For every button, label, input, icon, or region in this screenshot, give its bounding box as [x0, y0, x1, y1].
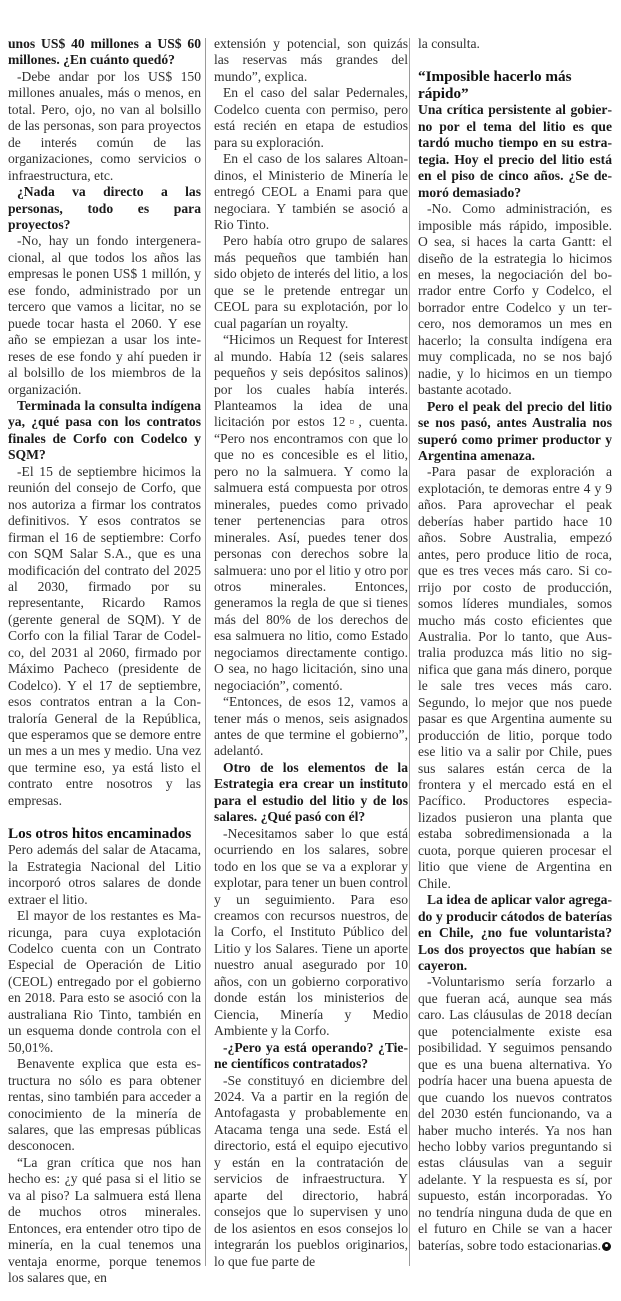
interview-answer: -Voluntarismo sería forzarlo a que fuera… [418, 974, 612, 1254]
interview-question: ¿Nada va directo a las personas, todo es… [8, 184, 201, 233]
body-paragraph: “Hicimos un Request for Inte­rest al mun… [214, 332, 408, 694]
column-divider [205, 38, 206, 1266]
body-paragraph: extensión y potencial, son qui­zás las r… [214, 36, 408, 85]
interview-answer: -Debe andar por los US$ 150 millones anu… [8, 69, 201, 184]
interview-question: Pero el peak del precio del litio se nos… [418, 399, 612, 465]
interview-answer: -El 15 de septiembre hicimos la reunión … [8, 464, 201, 810]
article-end-mark-icon [602, 1242, 611, 1251]
body-paragraph: Pero además del salar de Ataca­ma, la Es… [8, 842, 201, 908]
interview-answer: -No. Como administración, es imposible m… [418, 201, 612, 398]
column-3: la consulta. “Imposible hacerlo más rápi… [418, 36, 612, 1254]
section-subheading: Los otros hitos encaminados [8, 825, 201, 842]
body-paragraph: Benavente explica que esta es­tructura n… [8, 1056, 201, 1155]
interview-question: La idea de aplicar valor agrega­do y pro… [418, 892, 612, 974]
column-1: unos US$ 40 millones a US$ 60 millones. … [8, 36, 201, 1287]
section-spacer [418, 52, 612, 68]
final-answer-text: -Voluntarismo sería forzarlo a que fuera… [418, 974, 612, 1252]
interview-question: Terminada la consulta indígena ya, ¿qué … [8, 398, 201, 464]
column-divider [409, 38, 410, 1266]
body-paragraph: En el caso del salar Pedernales, Codelco… [214, 85, 408, 151]
body-paragraph: Pero había otro grupo de salares más peq… [214, 233, 408, 332]
interview-question: unos US$ 40 millones a US$ 60 millones. … [8, 36, 201, 69]
interview-answer: -Necesitamos saber lo que está ocurriend… [214, 826, 408, 1040]
body-paragraph: la consulta. [418, 36, 612, 52]
column-2: extensión y potencial, son qui­zás las r… [214, 36, 408, 1270]
interview-question: Otro de los elementos de la Estrategia e… [214, 760, 408, 826]
interview-question: -¿Pero ya está operando? ¿Tie­ne científ… [214, 1040, 408, 1073]
interview-answer: -No, hay un fondo intergenera­cional, al… [8, 233, 201, 398]
body-paragraph: El mayor de los restantes es Ma­ricunga,… [8, 908, 201, 1056]
body-paragraph: “La gran crítica que nos han hecho es: ¿… [8, 1155, 201, 1287]
body-paragraph: “Entonces, de esos 12, vamos a tener más… [214, 694, 408, 760]
section-spacer [8, 809, 201, 825]
body-paragraph: En el caso de los salares Altoan­dinos, … [214, 151, 408, 233]
newspaper-page: unos US$ 40 millones a US$ 60 millones. … [0, 0, 621, 1301]
section-subheading: “Imposible hacerlo más rápido” [418, 68, 612, 102]
interview-answer: -Se constituyó en diciembre del 2024. Va… [214, 1073, 408, 1270]
interview-question: Una crítica persistente al gobier­no por… [418, 102, 612, 201]
interview-answer: -Para pasar de exploración a explotación… [418, 464, 612, 892]
